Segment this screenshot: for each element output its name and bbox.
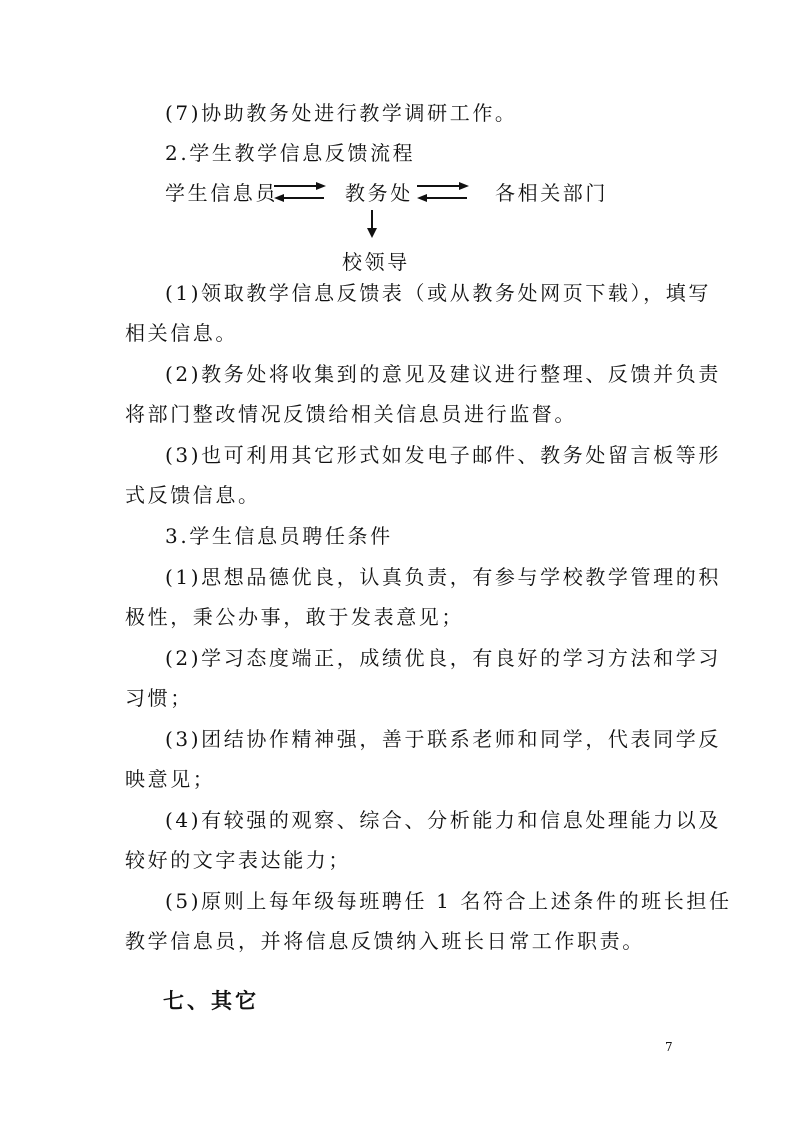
condition-5-line-1: (5)原则上每年级每班聘任 1 名符合上述条件的班长担任	[165, 889, 732, 913]
step-2-line-2: 将部门整改情况反馈给相关信息员进行监督。	[125, 402, 577, 426]
step-3-line-2: 式反馈信息。	[125, 483, 261, 507]
condition-5-line-2: 教学信息员，并将信息反馈纳入班长日常工作职责。	[125, 929, 645, 953]
condition-3-line-2: 映意见；	[125, 767, 215, 791]
flow-node-departments: 各相关部门	[495, 181, 608, 205]
page-number: 7	[665, 1040, 673, 1054]
condition-4-line-2: 较好的文字表达能力；	[125, 848, 351, 872]
condition-4-line-1: (4)有较强的观察、综合、分析能力和信息处理能力以及	[165, 808, 721, 832]
condition-2-line-2: 习惯；	[125, 686, 193, 710]
step-1-line-2: 相关信息。	[125, 321, 238, 345]
condition-1-line-1: (1)思想品德优良，认真负责，有参与学校教学管理的积	[165, 565, 721, 589]
flow-node-student-informants: 学生信息员	[165, 181, 278, 205]
bidirectional-arrow-icon	[417, 180, 469, 206]
condition-2-line-1: (2)学习态度端正，成绩优良，有良好的学习方法和学习	[165, 646, 721, 670]
step-3-line-1: (3)也可利用其它形式如发电子邮件、教务处留言板等形	[165, 443, 721, 467]
section-2-title: 2.学生教学信息反馈流程	[165, 141, 415, 165]
section-3-title: 3.学生信息员聘任条件	[165, 524, 393, 548]
duty-item-7: (7)协助教务处进行教学调研工作。	[165, 101, 518, 125]
step-1-line-1: (1)领取教学信息反馈表（或从教务处网页下载），填写	[165, 281, 711, 305]
bidirectional-arrow-icon	[274, 180, 326, 206]
section-7-heading: 七、其它	[163, 985, 259, 1015]
condition-3-line-1: (3)团结协作精神强，善于联系老师和同学，代表同学反	[165, 727, 721, 751]
step-2-line-1: (2)教务处将收集到的意见及建议进行整理、反馈并负责	[165, 362, 721, 386]
down-arrow-icon	[365, 210, 379, 238]
condition-1-line-2: 极性，秉公办事，敢于发表意见；	[125, 605, 464, 629]
flow-node-school-leaders: 校领导	[342, 250, 410, 274]
flow-node-academic-office: 教务处	[345, 181, 413, 205]
